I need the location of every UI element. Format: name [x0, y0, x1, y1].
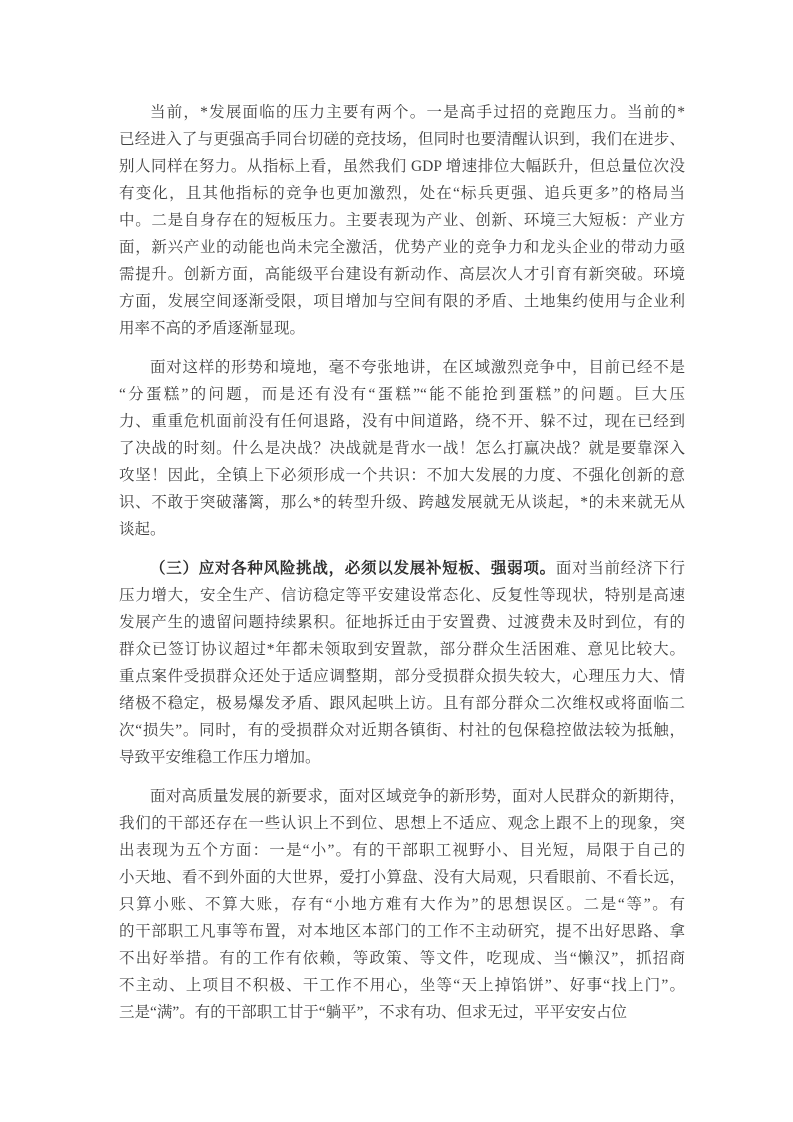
text-line: 攻坚！因此，全镇上下必须形成一个共识：不加大发展的力度、不强化创新的意: [119, 462, 685, 489]
text-line: 只算小账、不算大账，存有“小地方难有大作为”的思想误区。二是“等”。有: [119, 891, 685, 918]
text-line: 小天地、看不到外面的大世界，爱打小算盘、没有大局观，只看眼前、不看长远，: [119, 864, 685, 891]
text-line: 方面，发展空间逐渐受限，项目增加与空间有限的矛盾、土地集约使用与企业利: [119, 288, 685, 315]
text-line: 发展产生的遗留问题持续累积。征地拆迁由于安置费、过渡费未及时到位，有的: [119, 609, 685, 636]
text-line: 中。二是自身存在的短板压力。主要表现为产业、创新、环境三大短板：产业方: [119, 207, 685, 234]
text-line: 群众已签订协议超过*年都未领取到安置款，部分群众生活困难、意见比较大。: [119, 636, 685, 663]
text-line: 我们的干部还存在一些认识上不到位、思想上不适应、观念上跟不上的现象，突: [119, 810, 685, 837]
paragraph: （三）应对各种风险挑战，必须以发展补短板、强弱项。面对当前经济下行压力增大，安全…: [119, 555, 685, 771]
text-line: 重点案件受损群众还处于适应调整期，部分受损群众损失较大，心理压力大、情: [119, 663, 685, 690]
document-page: 当前，*发展面临的压力主要有两个。一是高手过招的竞跑压力。当前的*已经进入了与更…: [0, 0, 793, 1122]
text-line: 次“损失”。同时，有的受损群众对近期各镇街、村社的包保稳控做法较为抵触，: [119, 717, 685, 744]
text-line: 需提升。创新方面，高能级平台建设有新动作、高层次人才引育有新突破。环境: [119, 261, 685, 288]
section-heading-rest: 面对当前经济下行: [556, 560, 685, 577]
section-heading-bold: （三）应对各种风险挑战，必须以发展补短板、强弱项。: [150, 560, 556, 577]
text-line: 导致平安维稳工作压力增加。: [119, 744, 685, 771]
text-line: 力、重重危机面前没有任何退路，没有中间道路，绕不开、躲不过，现在已经到: [119, 408, 685, 435]
text-line: 面，新兴产业的动能也尚未完全激活，优势产业的竞争力和龙头企业的带动力亟: [119, 234, 685, 261]
text-line: 面对高质量发展的新要求，面对区域竞争的新形势，面对人民群众的新期待，: [119, 783, 685, 810]
text-line: 绪极不稳定，极易爆发矛盾、跟风起哄上访。且有部分群众二次维权或将面临二: [119, 690, 685, 717]
text-line: 当前，*发展面临的压力主要有两个。一是高手过招的竞跑压力。当前的*: [119, 99, 685, 126]
text-line: 谈起。: [119, 516, 685, 543]
text-line: 不主动、上项目不积极、干工作不用心，坐等“天上掉馅饼”、好事“找上门”。: [119, 972, 685, 999]
text-line: 压力增大，安全生产、信访稳定等平安建设常态化、反复性等现状，特别是高速: [119, 582, 685, 609]
paragraph: 面对这样的形势和境地，毫不夸张地讲，在区域激烈竞争中，目前已经不是“分蛋糕”的问…: [119, 354, 685, 543]
document-body: 当前，*发展面临的压力主要有两个。一是高手过招的竞跑压力。当前的*已经进入了与更…: [0, 0, 793, 1026]
text-line: 有变化，且其他指标的竞争也更加激烈，处在“标兵更强、追兵更多”的格局当: [119, 180, 685, 207]
text-line: （三）应对各种风险挑战，必须以发展补短板、强弱项。面对当前经济下行: [119, 555, 685, 582]
text-line: 已经进入了与更强高手同台切磋的竞技场，但同时也要清醒认识到，我们在进步、: [119, 126, 685, 153]
text-line: 面对这样的形势和境地，毫不夸张地讲，在区域激烈竞争中，目前已经不是: [119, 354, 685, 381]
text-line: 识、不敢于突破藩篱，那么*的转型升级、跨越发展就无从谈起，*的未来就无从: [119, 489, 685, 516]
paragraph: 面对高质量发展的新要求，面对区域竞争的新形势，面对人民群众的新期待，我们的干部还…: [119, 783, 685, 1026]
text-line: 出表现为五个方面：一是“小”。有的干部职工视野小、目光短，局限于自己的: [119, 837, 685, 864]
text-line: 的干部职工凡事等布置，对本地区本部门的工作不主动研究，提不出好思路、拿: [119, 918, 685, 945]
text-line: 了决战的时刻。什么是决战？决战就是背水一战！怎么打赢决战？就是要靠深入: [119, 435, 685, 462]
text-line: “分蛋糕”的问题，而是还有没有“蛋糕”“能不能抢到蛋糕”的问题。巨大压: [119, 381, 685, 408]
text-line: 用率不高的矛盾逐渐显现。: [119, 315, 685, 342]
paragraph: 当前，*发展面临的压力主要有两个。一是高手过招的竞跑压力。当前的*已经进入了与更…: [119, 99, 685, 342]
text-line: 别人同样在努力。从指标上看，虽然我们 GDP 增速排位大幅跃升，但总量位次没: [119, 153, 685, 180]
text-line: 三是“满”。有的干部职工甘于“躺平”，不求有功、但求无过，平平安安占位: [119, 999, 685, 1026]
text-line: 不出好举措。有的工作有依赖，等政策、等文件，吃现成、当“懒汉”，抓招商: [119, 945, 685, 972]
